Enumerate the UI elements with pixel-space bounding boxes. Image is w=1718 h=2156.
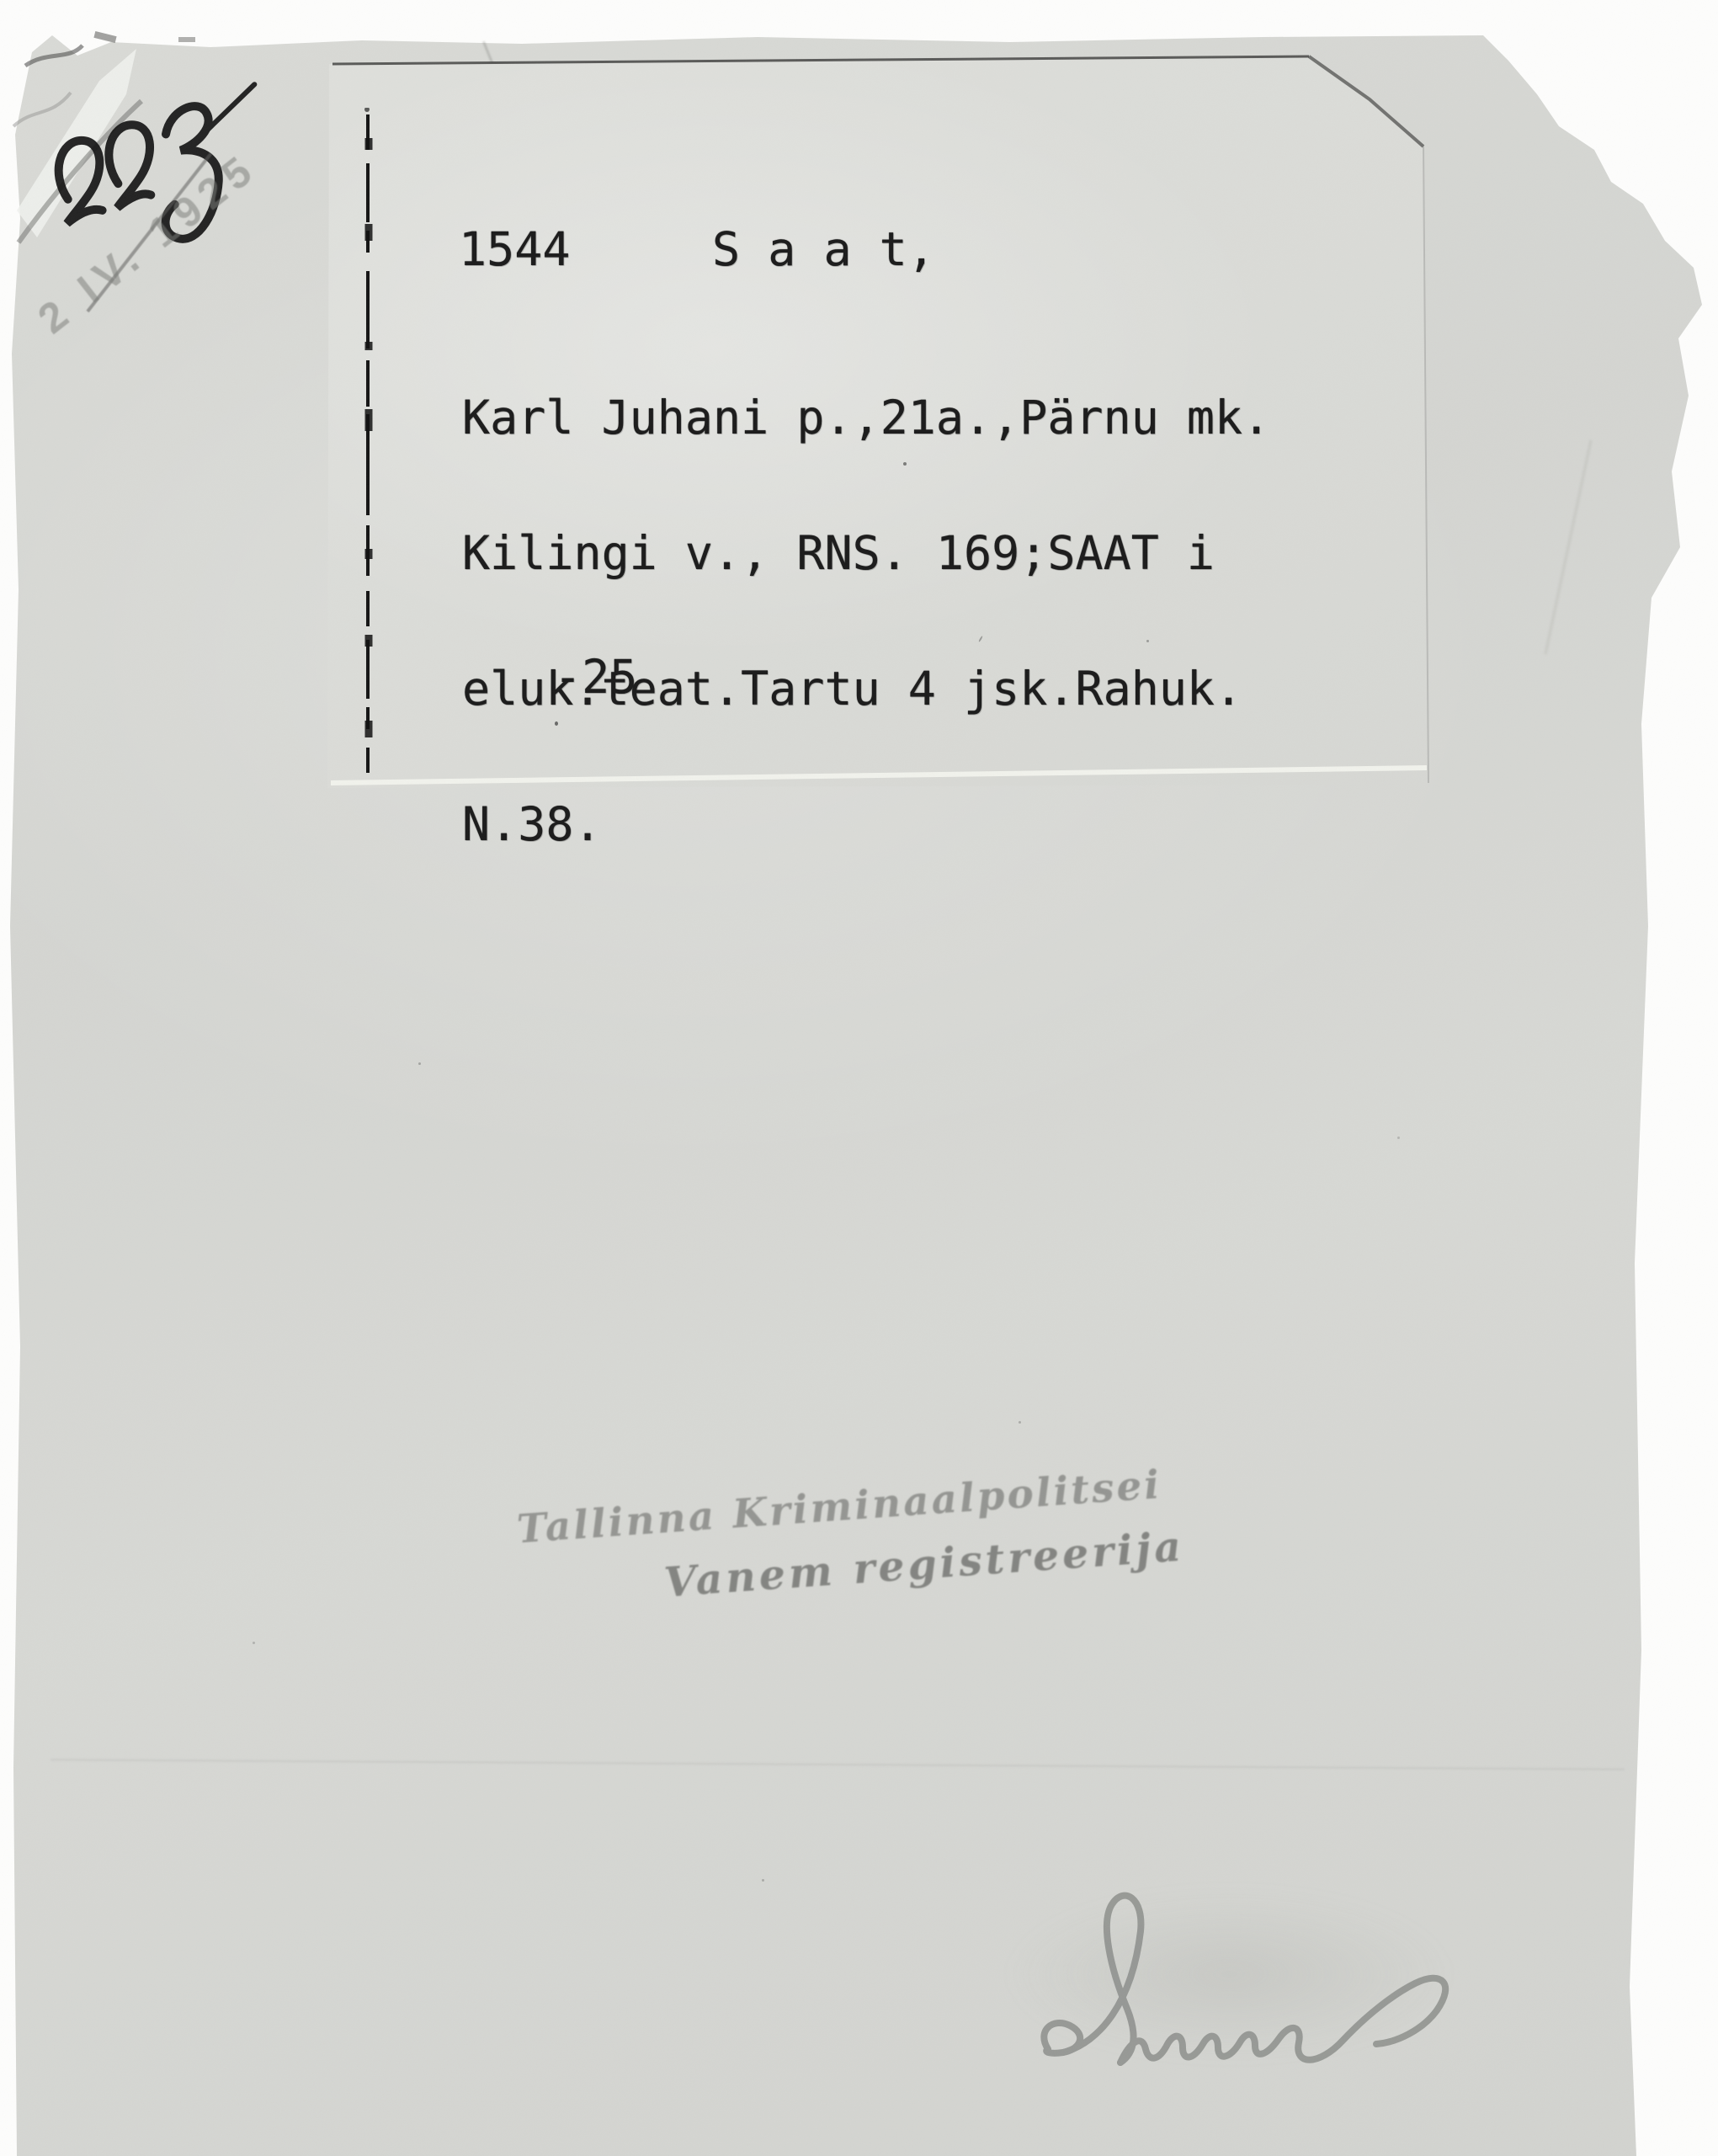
- handwritten-number-text: 232: [0, 0, 1, 1]
- card-body-line: N.38.: [462, 802, 1270, 848]
- card-body-text: Karl Juhani p.,21a.,Pärnu mk. Kilingi v.…: [462, 306, 1270, 937]
- card-index-number: 1544: [459, 222, 570, 276]
- card-body-line: Kilingi v., RNS. 169;SAAT i: [462, 531, 1270, 577]
- card-year-note: -25: [554, 650, 637, 704]
- scanned-page: 1544 S a a t, Karl Juhani p.,21a.,Pärnu …: [0, 0, 1718, 2156]
- card-body-line: Karl Juhani p.,21a.,Pärnu mk.: [462, 396, 1270, 441]
- card-surname: S a a t,: [712, 222, 935, 276]
